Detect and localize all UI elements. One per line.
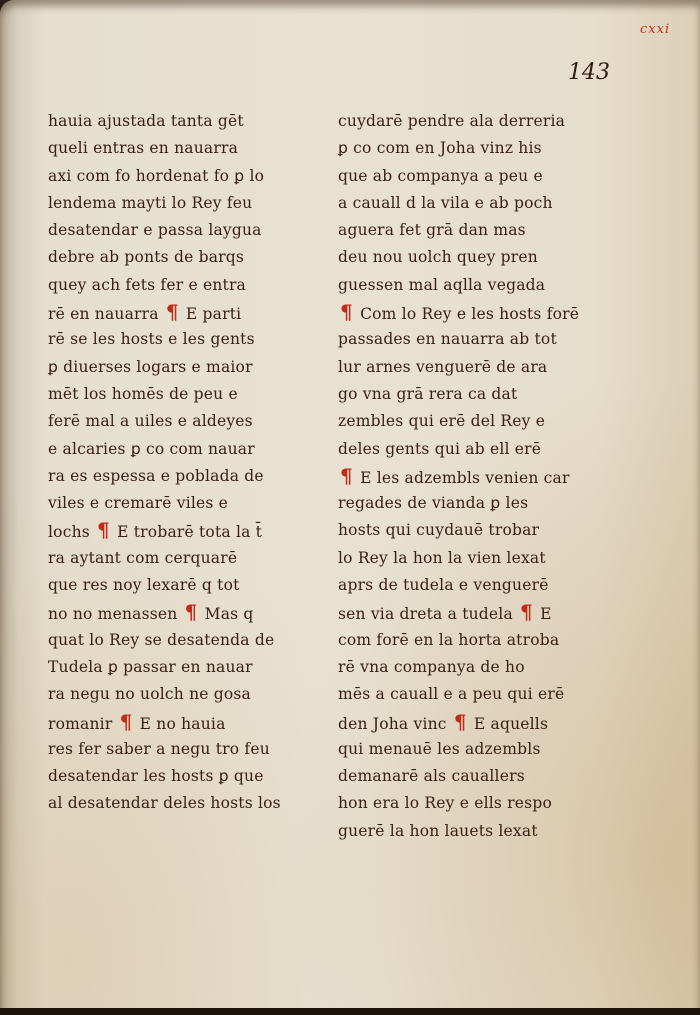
manuscript-line: rē vna companya de ho bbox=[338, 654, 608, 681]
manuscript-line: hon era lo Rey e ells respo bbox=[338, 790, 608, 817]
manuscript-line: lochs ¶ E trobarē tota la t̄ bbox=[48, 517, 298, 544]
manuscript-line: guerē la hon lauets lexat bbox=[338, 818, 608, 845]
manuscript-line: Tudela ꝑ passar en nauar bbox=[48, 654, 298, 681]
manuscript-line: regades de vianda ꝑ les bbox=[338, 490, 608, 517]
rubric-pilcrow-icon: ¶ bbox=[520, 600, 533, 624]
manuscript-line: queli entras en nauarra bbox=[48, 135, 298, 162]
manuscript-line: a cauall d la vila e ab poch bbox=[338, 190, 608, 217]
text-column-left: hauia ajustada tanta gētqueli entras en … bbox=[48, 108, 298, 818]
manuscript-line: sen via dreta a tudela ¶ E bbox=[338, 599, 608, 626]
manuscript-line: lo Rey la hon la vien lexat bbox=[338, 545, 608, 572]
folio-page-number: 143 bbox=[568, 60, 610, 85]
rubric-pilcrow-icon: ¶ bbox=[120, 710, 133, 734]
manuscript-line: hauia ajustada tanta gēt bbox=[48, 108, 298, 135]
rubric-pilcrow-icon: ¶ bbox=[340, 300, 353, 324]
manuscript-line: lendema mayti lo Rey feu bbox=[48, 190, 298, 217]
manuscript-line: den Joha vinc ¶ E aquells bbox=[338, 709, 608, 736]
manuscript-line: viles e cremarē viles e bbox=[48, 490, 298, 517]
manuscript-line: rē en nauarra ¶ E parti bbox=[48, 299, 298, 326]
manuscript-line: debre ab ponts de barqs bbox=[48, 244, 298, 271]
manuscript-line: ¶ Com lo Rey e les hosts forē bbox=[338, 299, 608, 326]
manuscript-line: com forē en la horta atroba bbox=[338, 627, 608, 654]
manuscript-line: ra es espessa e poblada de bbox=[48, 463, 298, 490]
manuscript-line: axi com fo hordenat fo ꝑ lo bbox=[48, 163, 298, 190]
manuscript-line: demanarē als cauallers bbox=[338, 763, 608, 790]
rubric-pilcrow-icon: ¶ bbox=[166, 300, 179, 324]
manuscript-line: ꝑ diuerses logars e maior bbox=[48, 354, 298, 381]
rubric-pilcrow-icon: ¶ bbox=[454, 710, 467, 734]
manuscript-page: cxxi 143 hauia ajustada tanta gētqueli e… bbox=[0, 0, 700, 1010]
manuscript-line: rē se les hosts e les gents bbox=[48, 326, 298, 353]
manuscript-line: no no menassen ¶ Mas q bbox=[48, 599, 298, 626]
manuscript-line: desatendar e passa laygua bbox=[48, 217, 298, 244]
rubric-pilcrow-icon: ¶ bbox=[185, 600, 198, 624]
manuscript-line: zembles qui erē del Rey e bbox=[338, 408, 608, 435]
manuscript-line: mēt los homēs de peu e bbox=[48, 381, 298, 408]
manuscript-line: ferē mal a uiles e aldeyes bbox=[48, 408, 298, 435]
manuscript-line: que res noy lexarē q tot bbox=[48, 572, 298, 599]
manuscript-line: deu nou uolch quey pren bbox=[338, 244, 608, 271]
page-bottom-edge bbox=[0, 1008, 700, 1015]
manuscript-line: res fer saber a negu tro feu bbox=[48, 736, 298, 763]
manuscript-line: lur arnes venguerē de ara bbox=[338, 354, 608, 381]
folio-roman-numeral: cxxi bbox=[640, 22, 670, 37]
manuscript-line: aprs de tudela e venguerē bbox=[338, 572, 608, 599]
manuscript-line: e alcaries ꝑ co com nauar bbox=[48, 436, 298, 463]
manuscript-line: ꝑ co com en Joha vinz his bbox=[338, 135, 608, 162]
manuscript-line: quat lo Rey se desatenda de bbox=[48, 627, 298, 654]
manuscript-line: que ab companya a peu e bbox=[338, 163, 608, 190]
manuscript-line: deles gents qui ab ell erē bbox=[338, 436, 608, 463]
manuscript-line: ra negu no uolch ne gosa bbox=[48, 681, 298, 708]
rubric-pilcrow-icon: ¶ bbox=[340, 464, 353, 488]
manuscript-line: guessen mal aqlla vegada bbox=[338, 272, 608, 299]
manuscript-line: go vna grā rera ca dat bbox=[338, 381, 608, 408]
manuscript-line: quey ach fets fer e entra bbox=[48, 272, 298, 299]
manuscript-line: ¶ E les adzembls venien car bbox=[338, 463, 608, 490]
manuscript-line: romanir ¶ E no hauia bbox=[48, 709, 298, 736]
text-column-right: cuydarē pendre ala derreriaꝑ co com en J… bbox=[338, 108, 608, 845]
manuscript-line: ra aytant com cerquarē bbox=[48, 545, 298, 572]
manuscript-line: al desatendar deles hosts los bbox=[48, 790, 298, 817]
manuscript-line: hosts qui cuydauē trobar bbox=[338, 517, 608, 544]
rubric-pilcrow-icon: ¶ bbox=[97, 518, 110, 542]
manuscript-line: mēs a cauall e a peu qui erē bbox=[338, 681, 608, 708]
manuscript-line: cuydarē pendre ala derreria bbox=[338, 108, 608, 135]
manuscript-line: qui menauē les adzembls bbox=[338, 736, 608, 763]
manuscript-line: passades en nauarra ab tot bbox=[338, 326, 608, 353]
manuscript-line: desatendar les hosts ꝑ que bbox=[48, 763, 298, 790]
manuscript-line: aguera fet grā dan mas bbox=[338, 217, 608, 244]
